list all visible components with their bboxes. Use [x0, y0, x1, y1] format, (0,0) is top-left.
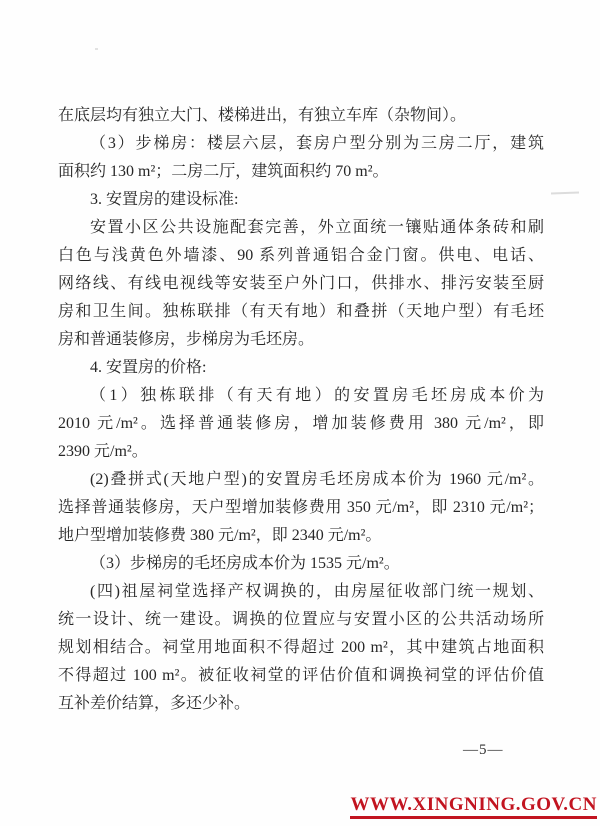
scan-artifact	[95, 48, 98, 50]
text-line: 规划相结合。祠堂用地面积不得超过 200 m²，其中建筑占地面积	[58, 634, 544, 662]
text-line: 选择普通装修房，天户型增加装修费用 350 元/m²，即 2310 元/m²；	[58, 494, 544, 522]
text-line: 网络线、有线电视线等安装至户外门口，供排水、排污安装至厨	[58, 270, 544, 298]
body-text: 在底层均有独立大门、楼梯进出，有独立车库（杂物间）。 （3）步梯房：楼层六层，套…	[58, 102, 544, 718]
text-line: 统一设计、统一建设。调换的位置应与安置小区的公共活动场所	[58, 606, 544, 634]
text-line: 房和普通装修房，步梯房为毛坯房。	[58, 326, 544, 354]
text-line: （3）步梯房：楼层六层，套房户型分别为三房二厅，建筑	[58, 130, 544, 158]
text-line: 地户型增加装修费 380 元/m²，即 2340 元/m²。	[58, 522, 544, 550]
text-line: 3. 安置房的建设标准:	[58, 186, 544, 214]
text-line: 4. 安置房的价格:	[58, 354, 544, 382]
text-line: 白色与浅黄色外墙漆、90 系列普通铝合金门窗。供电、电话、	[58, 242, 544, 270]
text-line: 面积约 130 m²；二房二厅，建筑面积约 70 m²。	[58, 158, 544, 186]
text-line: 不得超过 100 m²。被征收祠堂的评估价值和调换祠堂的评估价值	[58, 662, 544, 690]
text-line: 2390 元/m²。	[58, 438, 544, 466]
document-page: 在底层均有独立大门、楼梯进出，有独立车库（杂物间）。 （3）步梯房：楼层六层，套…	[0, 0, 600, 826]
text-line: 2010 元/m²。选择普通装修房，增加装修费用 380 元/m²，即	[58, 410, 544, 438]
text-line: （3）步梯房的毛坯房成本价为 1535 元/m²。	[58, 550, 544, 578]
text-line: 互补差价结算，多还少补。	[58, 690, 544, 718]
text-line: (2)叠拼式(天地户型)的安置房毛坯房成本价为 1960 元/m²。	[58, 466, 544, 494]
text-line: 安置小区公共设施配套完善，外立面统一镶贴通体条砖和刷	[58, 214, 544, 242]
text-line: 在底层均有独立大门、楼梯进出，有独立车库（杂物间）。	[58, 102, 544, 130]
text-line: 房和卫生间。独栋联排（有天有地）和叠拼（天地户型）有毛坯	[58, 298, 544, 326]
text-line: (四)祖屋祠堂选择产权调换的，由房屋征收部门统一规划、	[58, 578, 544, 606]
page-number: —5—	[463, 742, 504, 759]
scan-artifact	[551, 192, 579, 195]
site-watermark: WWW.XINGNING.GOV.CN	[350, 794, 597, 819]
text-line: （1）独栋联排（有天有地）的安置房毛坯房成本价为	[58, 382, 544, 410]
